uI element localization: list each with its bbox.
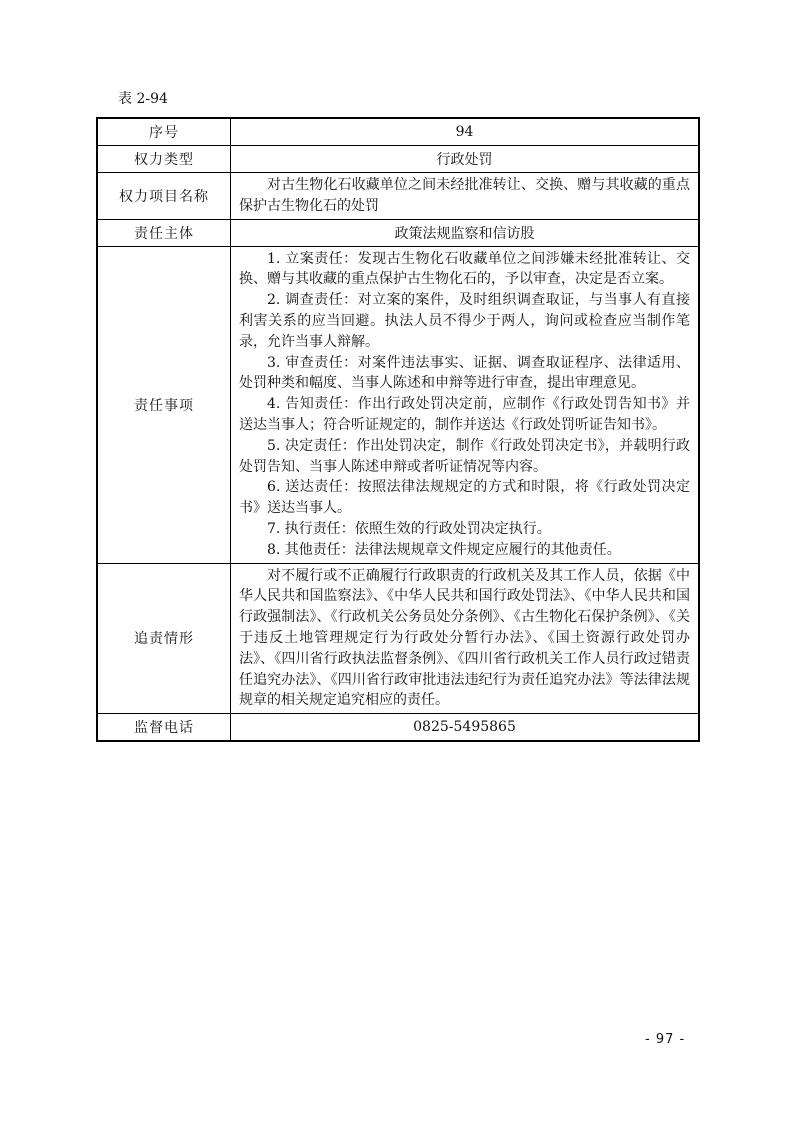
row-value-serial-number: 94 bbox=[231, 118, 700, 146]
table-row-power-type: 权力类型 行政处罚 bbox=[97, 146, 699, 173]
row-label-power-type: 权力类型 bbox=[97, 146, 231, 173]
table-caption: 表 2-94 bbox=[118, 90, 168, 108]
row-label-serial-number: 序号 bbox=[97, 118, 231, 146]
table-row-responsibility-items: 责任事项 1. 立案责任：发现古生物化石收藏单位之间涉嫌未经批准转让、交换、赠与… bbox=[97, 246, 699, 563]
paragraph: 1. 立案责任：发现古生物化石收藏单位之间涉嫌未经批准转让、交换、赠与其收藏的重… bbox=[239, 249, 690, 291]
table-row-supervision-phone: 监督电话 0825-5495865 bbox=[97, 714, 699, 742]
row-label-responsibility-items: 责任事项 bbox=[97, 246, 231, 563]
page-number: - 97 - bbox=[645, 1032, 685, 1047]
row-value-supervision-phone: 0825-5495865 bbox=[231, 714, 700, 742]
paragraph: 7. 执行责任：依照生效的行政处罚决定执行。 bbox=[239, 519, 690, 540]
paragraph: 4. 告知责任：作出行政处罚决定前，应制作《行政处罚告知书》并送达当事人；符合听… bbox=[239, 394, 690, 436]
row-value-responsible-body: 政策法规监察和信访股 bbox=[231, 219, 700, 246]
paragraph: 8. 其他责任：法律法规规章文件规定应履行的其他责任。 bbox=[239, 540, 690, 561]
table-row-power-item-name: 权力项目名称 对古生物化石收藏单位之间未经批准转让、交换、赠与其收藏的重点保护古… bbox=[97, 173, 699, 220]
responsibility-table: 序号 94 权力类型 行政处罚 权力项目名称 对古生物化石收藏单位之间未经批准转… bbox=[96, 117, 700, 742]
paragraph: 6. 送达责任：按照法律法规规定的方式和时限，将《行政处罚决定书》送达当事人。 bbox=[239, 477, 690, 519]
row-label-power-item-name: 权力项目名称 bbox=[97, 173, 231, 220]
paragraph: 对古生物化石收藏单位之间未经批准转让、交换、赠与其收藏的重点保护古生物化石的处罚 bbox=[239, 175, 690, 217]
row-label-responsible-body: 责任主体 bbox=[97, 219, 231, 246]
paragraph: 5. 决定责任：作出处罚决定，制作《行政处罚决定书》，并载明行政处罚告知、当事人… bbox=[239, 436, 690, 478]
paragraph: 2. 调查责任：对立案的案件，及时组织调查取证，与当事人有直接利害关系的应当回避… bbox=[239, 290, 690, 352]
document-page: 表 2-94 序号 94 权力类型 行政处罚 权力项目名称 对古生物化石收藏单位… bbox=[0, 0, 793, 1122]
row-value-accountability-circumstances: 对不履行或不正确履行行政职责的行政机关及其工作人员，依据《中华人民共和国监察法》… bbox=[231, 563, 700, 714]
table-row-serial-number: 序号 94 bbox=[97, 118, 699, 146]
row-label-accountability-circumstances: 追责情形 bbox=[97, 563, 231, 714]
row-value-responsibility-items: 1. 立案责任：发现古生物化石收藏单位之间涉嫌未经批准转让、交换、赠与其收藏的重… bbox=[231, 246, 700, 563]
paragraph: 对不履行或不正确履行行政职责的行政机关及其工作人员，依据《中华人民共和国监察法》… bbox=[239, 566, 690, 712]
table-row-accountability-circumstances: 追责情形 对不履行或不正确履行行政职责的行政机关及其工作人员，依据《中华人民共和… bbox=[97, 563, 699, 714]
row-label-supervision-phone: 监督电话 bbox=[97, 714, 231, 742]
table-row-responsible-body: 责任主体 政策法规监察和信访股 bbox=[97, 219, 699, 246]
row-value-power-item-name: 对古生物化石收藏单位之间未经批准转让、交换、赠与其收藏的重点保护古生物化石的处罚 bbox=[231, 173, 700, 220]
paragraph: 3. 审查责任：对案件违法事实、证据、调查取证程序、法律适用、处罚种类和幅度、当… bbox=[239, 353, 690, 395]
row-value-power-type: 行政处罚 bbox=[231, 146, 700, 173]
